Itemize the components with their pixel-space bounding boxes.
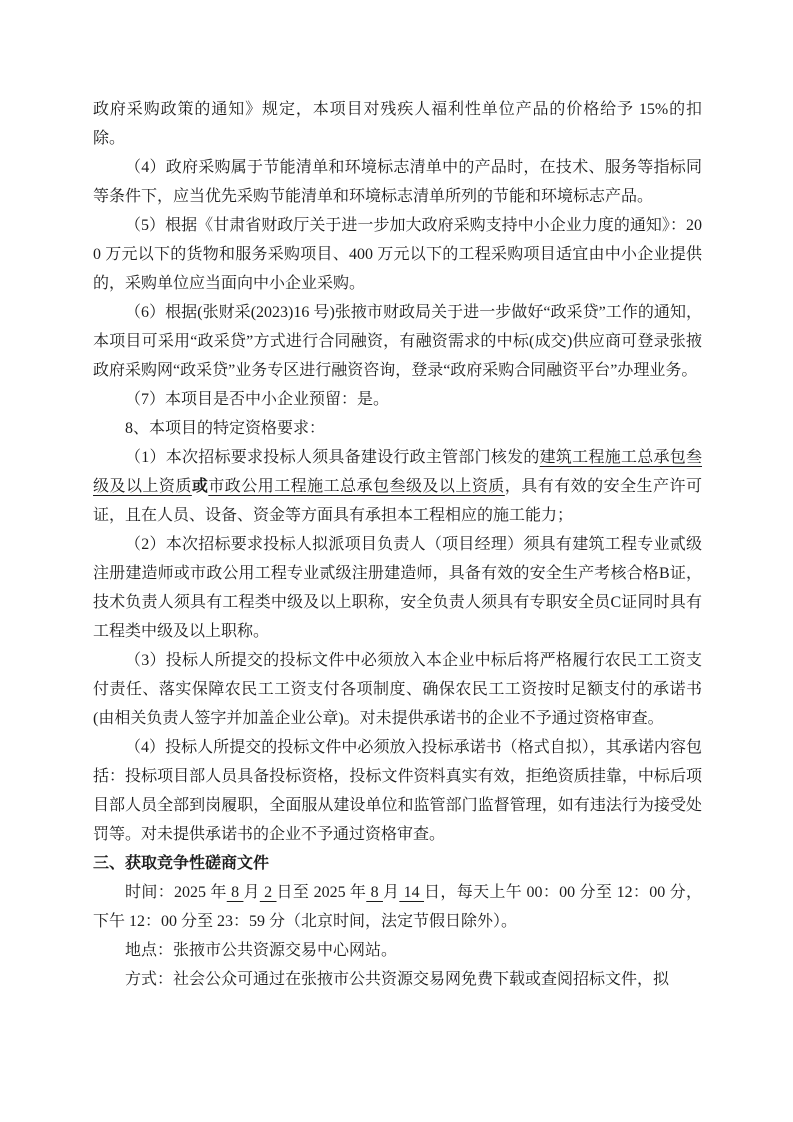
text-run: （7）本项目是否中小企业预留：是。: [125, 391, 389, 408]
para-item6-zhengcaidai: （6）根据(张财采(2023)16 号)张掖市财政局关于进一步做好“政采贷”工作…: [93, 298, 702, 385]
document-content: 政府采购政策的通知》规定，本项目对残疾人福利性单位产品的价格给予 15%的扣除。…: [93, 95, 702, 994]
text-run: 方式：社会公众可通过在张掖市公共资源交易网免费下载或查阅招标文件，拟: [125, 971, 669, 988]
para-item8-specific-qualification: 8、本项目的特定资格要求：: [93, 414, 702, 443]
underlined-text: 市政公用工程施工总承包叁级及以上资质: [208, 478, 504, 495]
text-run: 政府采购政策的通知》规定，本项目对残疾人福利性单位产品的价格给予 15%的扣除。: [93, 101, 702, 147]
text-run: 三、获取竞争性磋商文件: [93, 855, 269, 872]
heading-section-3-obtain-documents: 三、获取竞争性磋商文件: [93, 849, 702, 878]
text-run: 月: [383, 884, 399, 901]
text-run: （1）本次招标要求投标人须具备建设行政主管部门核发的: [125, 449, 540, 466]
para-qualification-2: （2）本次招标要求投标人拟派项目负责人（项目经理）须具有建筑工程专业贰级注册建造…: [93, 530, 702, 646]
text-run: 时间：2025 年: [125, 884, 227, 901]
para-qualification-3: （3）投标人所提交的投标文件中必须放入本企业中标后将严格履行农民工工资支付责任、…: [93, 646, 702, 733]
text-run: 日至 2025 年: [277, 884, 367, 901]
text-run: 地点：张掖市公共资源交易中心网站。: [125, 942, 397, 959]
text-run: （3）投标人所提交的投标文件中必须放入本企业中标后将严格履行农民工工资支付责任、…: [93, 652, 702, 727]
underlined-text: 8: [227, 884, 244, 901]
para-method: 方式：社会公众可通过在张掖市公共资源交易网免费下载或查阅招标文件，拟: [93, 965, 702, 994]
para-location: 地点：张掖市公共资源交易中心网站。: [93, 936, 702, 965]
text-run: 月: [243, 884, 259, 901]
para-qualification-4: （4）投标人所提交的投标文件中必须放入投标承诺书（格式自拟），其承诺内容包括：投…: [93, 733, 702, 849]
text-run: （2）本次招标要求投标人拟派项目负责人（项目经理）须具有建筑工程专业贰级注册建造…: [93, 536, 702, 640]
para-disability-price-deduction: 政府采购政策的通知》规定，本项目对残疾人福利性单位产品的价格给予 15%的扣除。: [93, 95, 702, 153]
para-item4-energy-saving: （4）政府采购属于节能清单和环境标志清单中的产品时，在技术、服务等指标同等条件下…: [93, 153, 702, 211]
para-qualification-1: （1）本次招标要求投标人须具备建设行政主管部门核发的建筑工程施工总承包叁级及以上…: [93, 443, 702, 530]
text-run: （4）政府采购属于节能清单和环境标志清单中的产品时，在技术、服务等指标同等条件下…: [93, 159, 702, 205]
text-run: （4）投标人所提交的投标文件中必须放入投标承诺书（格式自拟），其承诺内容包括：投…: [93, 739, 702, 843]
para-item5-sme-support: （5）根据《甘肃省财政厅关于进一步加大政府采购支持中小企业力度的通知》：200 …: [93, 211, 702, 298]
para-time: 时间：2025 年 8 月 2 日至 2025 年 8 月 14 日，每天上午 …: [93, 878, 702, 936]
document-page: 政府采购政策的通知》规定，本项目对残疾人福利性单位产品的价格给予 15%的扣除。…: [0, 0, 793, 1122]
underlined-text: 8: [366, 884, 383, 901]
underlined-text: 14: [399, 884, 424, 901]
text-run: （5）根据《甘肃省财政厅关于进一步加大政府采购支持中小企业力度的通知》：200 …: [93, 217, 702, 292]
text-run: （6）根据(张财采(2023)16 号)张掖市财政局关于进一步做好“政采贷”工作…: [93, 304, 702, 379]
bold-text: 或: [192, 478, 208, 495]
para-item7-sme-reserved: （7）本项目是否中小企业预留：是。: [93, 385, 702, 414]
underlined-text: 2: [260, 884, 277, 901]
text-run: 8、本项目的特定资格要求：: [125, 420, 325, 437]
